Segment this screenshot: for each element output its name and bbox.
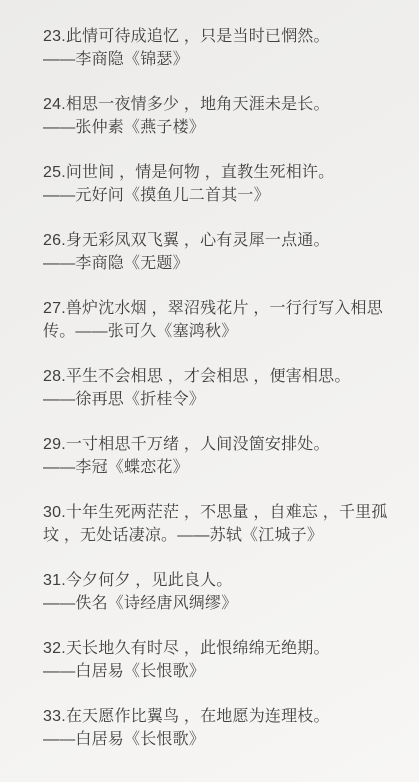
quote-attribution: ——元好问《摸鱼儿二首其一》 <box>43 187 270 204</box>
quote-item: 28.平生不会相思 ，才会相思 ，便害相思。——徐再思《折桂令》 <box>43 365 394 411</box>
quote-number: 29. <box>43 436 66 453</box>
quote-item: 29.一寸相思千万绪 ，人间没箇安排处。——李冠《蝶恋花》 <box>43 433 394 479</box>
quote-text: 问世间 ，情是何物 ，直教生死相许。 <box>66 164 335 181</box>
quote-number: 33. <box>43 708 66 725</box>
quote-number: 28. <box>43 368 66 385</box>
quote-item: 31.今夕何夕 ，见此良人。——佚名《诗经唐风绸缪》 <box>43 569 394 615</box>
quote-attribution: ——李冠《蝶恋花》 <box>43 459 189 476</box>
quotes-list: 23.此情可待成追忆 ，只是当时已惘然。——李商隐《锦瑟》 24.相思一夜情多少… <box>0 0 419 751</box>
quote-item: 30.十年生死两茫茫 ，不思量 ，自难忘 ，千里孤坟 ，无处话凄凉。——苏轼《江… <box>43 501 394 547</box>
quote-item: 24.相思一夜情多少 ，地角天涯未是长。——张仲素《燕子楼》 <box>43 93 394 139</box>
quote-attribution: ——徐再思《折桂令》 <box>43 391 205 408</box>
quote-number: 32. <box>43 640 66 657</box>
quote-number: 25. <box>43 164 66 181</box>
quote-number: 30. <box>43 504 66 521</box>
quote-attribution: ——李商隐《无题》 <box>43 255 189 272</box>
quote-text: 在天愿作比翼鸟 ，在地愿为连理枝。 <box>66 708 330 725</box>
quote-number: 24. <box>43 96 66 113</box>
quote-item: 26.身无彩凤双飞翼 ，心有灵犀一点通。——李商隐《无题》 <box>43 229 394 275</box>
quote-attribution: ——张可久《塞鸿秋》 <box>75 323 237 340</box>
quote-item: 33.在天愿作比翼鸟 ，在地愿为连理枝。——白居易《长恨歌》 <box>43 705 394 751</box>
quote-attribution: ——白居易《长恨歌》 <box>43 663 205 680</box>
quote-number: 31. <box>43 572 66 589</box>
quote-text: 相思一夜情多少 ，地角天涯未是长。 <box>66 96 330 113</box>
quote-attribution: ——佚名《诗经唐风绸缪》 <box>43 595 237 612</box>
quote-text: 此情可待成追忆 ，只是当时已惘然。 <box>66 28 330 45</box>
quote-attribution: ——白居易《长恨歌》 <box>43 731 205 748</box>
quote-attribution: ——张仲素《燕子楼》 <box>43 119 205 136</box>
poetry-quotes-page: 23.此情可待成追忆 ，只是当时已惘然。——李商隐《锦瑟》 24.相思一夜情多少… <box>0 0 419 782</box>
quote-text: 天长地久有时尽 ，此恨绵绵无绝期。 <box>66 640 330 657</box>
quote-attribution: ——苏轼《江城子》 <box>177 527 323 544</box>
quote-text: 身无彩凤双飞翼 ，心有灵犀一点通。 <box>66 232 330 249</box>
quote-text: 平生不会相思 ，才会相思 ，便害相思。 <box>66 368 351 385</box>
quote-text: 一寸相思千万绪 ，人间没箇安排处。 <box>66 436 330 453</box>
quote-number: 27. <box>43 300 66 317</box>
quote-item: 27.兽炉沈水烟 ，翠沼残花片 ，一行行写入相思传。——张可久《塞鸿秋》 <box>43 297 394 343</box>
quote-item: 23.此情可待成追忆 ，只是当时已惘然。——李商隐《锦瑟》 <box>43 25 394 71</box>
quote-attribution: ——李商隐《锦瑟》 <box>43 51 189 68</box>
quote-text: 今夕何夕 ，见此良人。 <box>66 572 233 589</box>
quote-item: 25.问世间 ，情是何物 ，直教生死相许。——元好问《摸鱼儿二首其一》 <box>43 161 394 207</box>
quote-item: 32.天长地久有时尽 ，此恨绵绵无绝期。——白居易《长恨歌》 <box>43 637 394 683</box>
quote-number: 23. <box>43 28 66 45</box>
quote-number: 26. <box>43 232 66 249</box>
